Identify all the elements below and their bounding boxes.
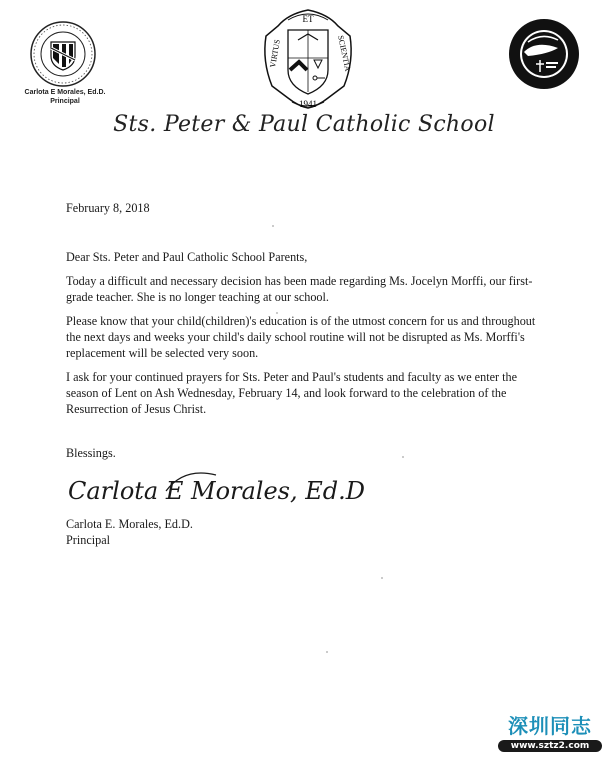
school-name: Sts. Peter & Paul Catholic School xyxy=(0,112,608,137)
paragraph-3: I ask for your continued prayers for Sts… xyxy=(66,369,546,417)
scan-speck xyxy=(381,577,383,579)
svg-text:1941: 1941 xyxy=(299,99,317,109)
svg-text:ET: ET xyxy=(303,14,314,24)
scan-speck xyxy=(272,225,274,227)
letter-greeting: Dear Sts. Peter and Paul Catholic School… xyxy=(66,249,546,265)
ncea-award-seal-icon xyxy=(508,18,580,90)
site-watermark: 深圳同志 www.sztz2.com xyxy=(498,710,602,752)
paragraph-1: Today a difficult and necessary decision… xyxy=(66,273,546,305)
caption-title: Principal xyxy=(10,97,120,106)
school-crest-icon: ET VIRTUS SCIENTIA 1941 xyxy=(258,6,358,112)
scan-speck xyxy=(326,651,328,653)
signer-title: Principal xyxy=(66,533,110,548)
paragraph-2: Please know that your child(children)'s … xyxy=(66,313,546,361)
handwritten-signature: Carlota E Morales, Ed.D xyxy=(66,465,366,515)
left-seal-caption: Carlota E Morales, Ed.D. Principal xyxy=(10,88,120,106)
watermark-chinese-text: 深圳同志 xyxy=(498,710,602,739)
watermark-url: www.sztz2.com xyxy=(498,740,602,752)
letter-date: February 8, 2018 xyxy=(66,200,546,216)
signer-name: Carlota E. Morales, Ed.D. xyxy=(66,517,193,532)
svg-text:Carlota E Morales, Ed.D: Carlota E Morales, Ed.D xyxy=(68,477,365,505)
caption-name: Carlota E Morales, Ed.D. xyxy=(10,88,120,97)
scan-speck xyxy=(276,312,278,314)
letter-closing: Blessings. xyxy=(66,446,116,461)
left-seal-icon xyxy=(29,20,97,88)
scan-speck xyxy=(402,456,404,458)
letter-body: February 8, 2018 Dear Sts. Peter and Pau… xyxy=(66,200,546,425)
